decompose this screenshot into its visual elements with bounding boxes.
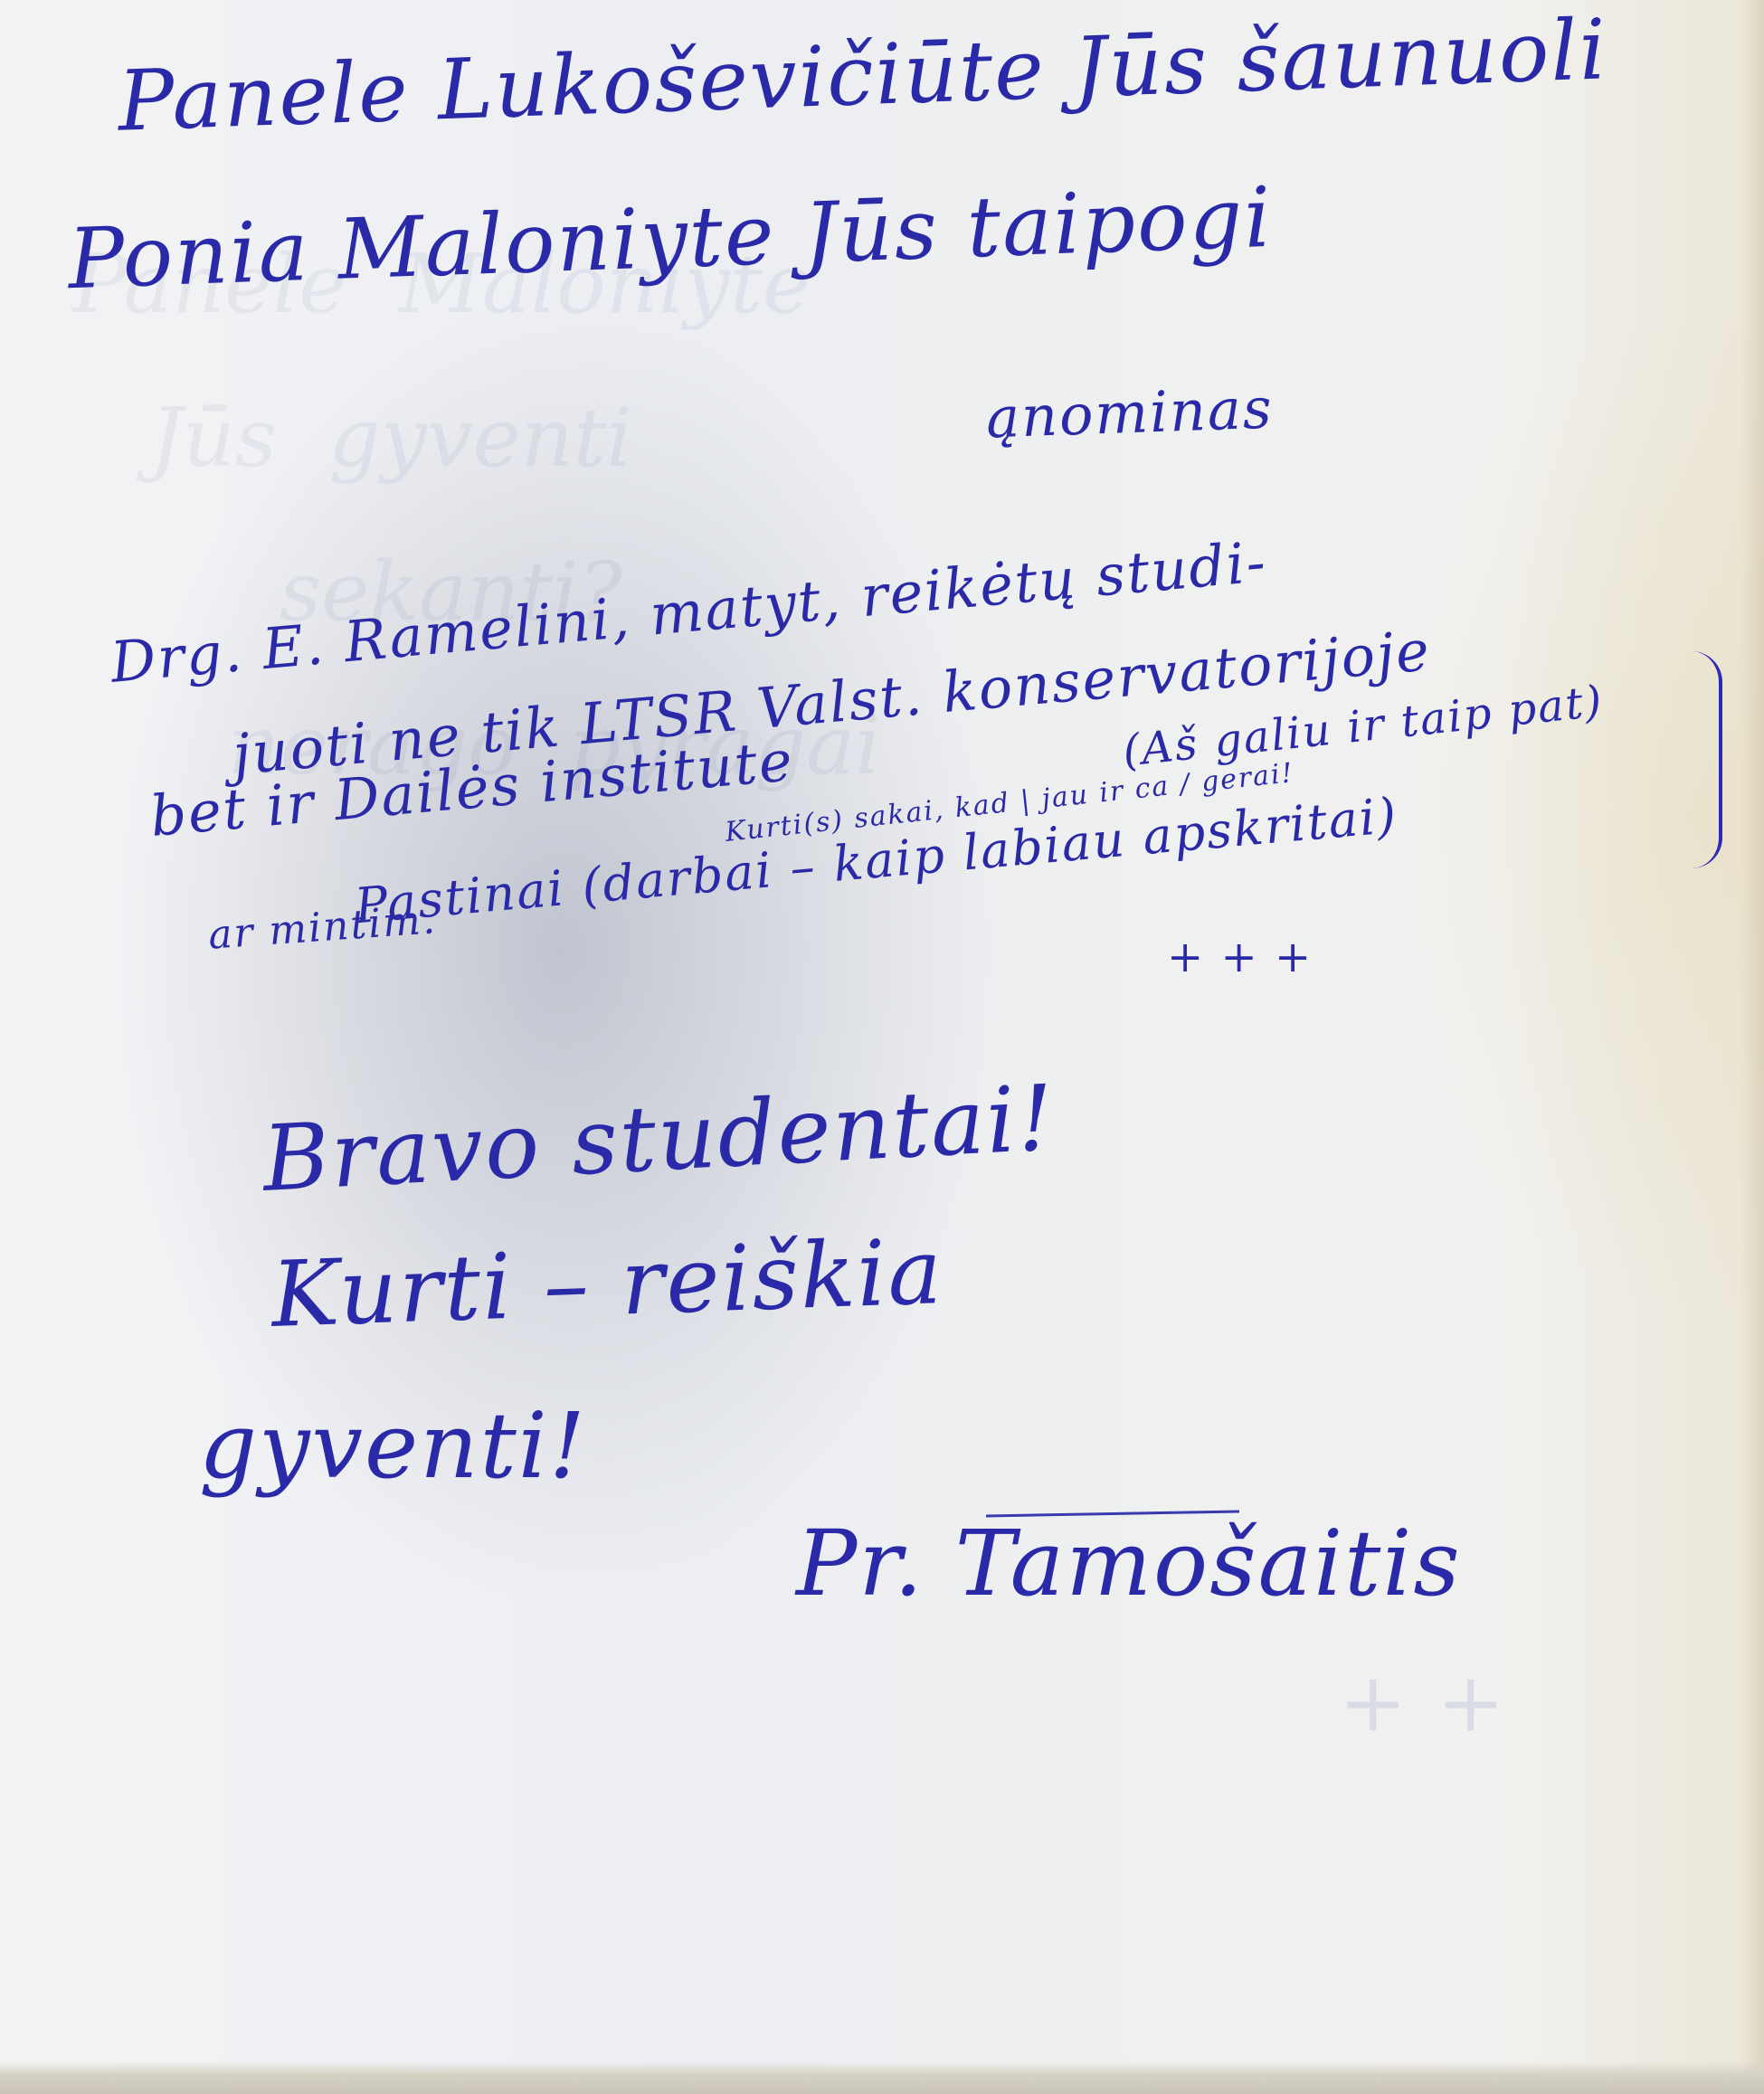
bracket-mark <box>1692 651 1722 868</box>
entry2-line5: ar mintim. <box>207 896 439 959</box>
entry3-line3: gyventi! <box>199 1393 587 1499</box>
entry3-line2: Kurti – reiškia <box>270 1218 945 1348</box>
signature: Pr. Tamošaitis <box>796 1511 1462 1616</box>
page-edge-bottom <box>0 2061 1764 2094</box>
entry1-line3: ąnominas <box>985 374 1275 450</box>
entry3-line1: Bravo studentai! <box>261 1065 1058 1212</box>
cross-marks: + + + <box>1167 932 1313 982</box>
bleed-cross-marks: + + <box>1339 1655 1506 1750</box>
scanned-page: Panele Maloniyte Jūs gyventi sekanti? ne… <box>0 0 1764 2094</box>
page-edge-right <box>1740 0 1764 2094</box>
